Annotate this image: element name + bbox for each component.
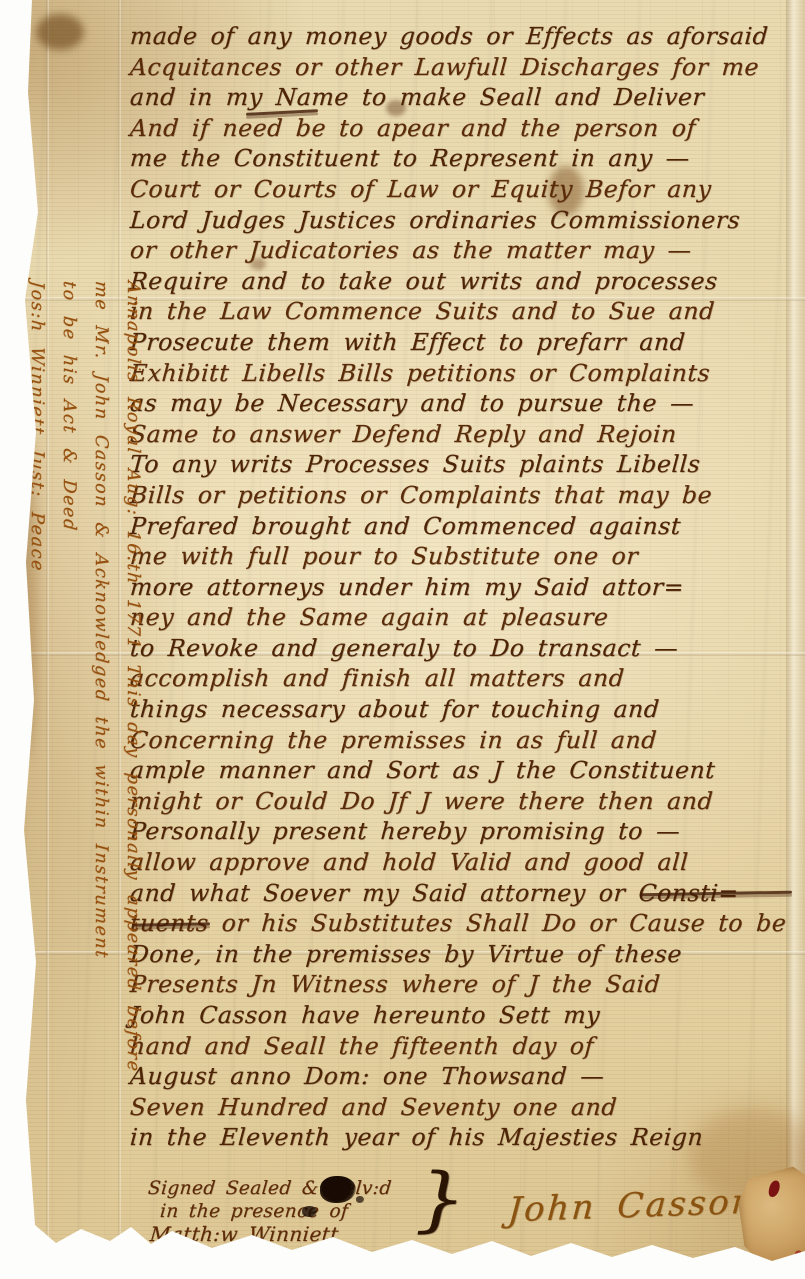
manuscript-line: allow approve and hold Valid and good al… <box>129 847 801 878</box>
margin-note-line: Jos:h Winniett Just: Peace <box>21 280 53 1279</box>
margin-note-line: me Mr. John Casson & Acknowledged the wi… <box>85 280 117 1279</box>
manuscript-line: Bills or petitions or Complaints that ma… <box>129 480 801 511</box>
manuscript-line: accomplish and finish all matters and <box>129 663 801 694</box>
manuscript-line: ample manner and Sort as J the Constitue… <box>129 755 801 786</box>
manuscript-paper: made of any money goods or Effects as af… <box>0 0 805 1279</box>
manuscript-line: Done, in the premisses by Virtue of thes… <box>129 939 801 970</box>
attestation-brace: } <box>415 1164 466 1234</box>
manuscript-line: Presents Jn Witness where of J the Said <box>129 969 801 1000</box>
manuscript-line: me with full pour to Substitute one or <box>129 541 801 572</box>
manuscript-line: as may be Necessary and to pursue the — <box>129 388 801 419</box>
margin-note-line: Annapolis Royal Aug: 16:th 1771 This day… <box>117 280 149 1279</box>
manuscript-line: Concerning the premisses in as full and <box>129 725 801 756</box>
manuscript-line: ney and the Same again at pleasure <box>129 602 801 633</box>
seal-red-wax-dot <box>795 1250 802 1257</box>
manuscript-line: tuents or his Substitutes Shall Do or Ca… <box>129 908 801 939</box>
manuscript-line: in the Law Commence Suits and to Sue and <box>129 296 801 327</box>
manuscript-line: Court or Courts of Law or Equity Befor a… <box>129 174 801 205</box>
margin-note-line: to be his Act & Deed <box>53 280 85 1279</box>
manuscript-line: Personally present hereby promising to — <box>129 816 801 847</box>
manuscript-line: hand and Seall the fifteenth day of <box>129 1031 801 1062</box>
manuscript-line: John Casson have hereunto Sett my <box>129 1000 801 1031</box>
manuscript-line: things necessary about for touching and <box>129 694 801 725</box>
manuscript-line: To any writs Processes Suits plaints Lib… <box>129 449 801 480</box>
attestation-line: Jos:h Winniett <box>147 1246 393 1269</box>
attestation-line: in the presence of <box>147 1200 393 1223</box>
manuscript-line: Same to answer Defend Reply and Rejoin <box>129 419 801 450</box>
manuscript-line: or other Judicatories as the matter may … <box>129 235 801 266</box>
manuscript-line: Lord Judges Justices ordinaries Commissi… <box>129 205 801 236</box>
manuscript-body-text: made of any money goods or Effects as af… <box>130 21 800 1153</box>
manuscript-line: and in my Name to make Seall and Deliver <box>129 82 801 113</box>
seal-red-wax-mark <box>767 1179 781 1198</box>
manuscript-line: in the Eleventh year of his Majesties Re… <box>129 1122 801 1153</box>
ink-blot-icon <box>356 1196 364 1203</box>
manuscript-line: to Revoke and generaly to Do transact — <box>129 633 801 664</box>
manuscript-line: Acquitances or other Lawfull Discharges … <box>129 52 801 83</box>
manuscript-line: And if need be to apear and the person o… <box>129 113 801 144</box>
manuscript-line: Exhibitt Libells Bills petitions or Comp… <box>129 358 801 389</box>
manuscript-line: August anno Dom: one Thowsand — <box>129 1061 801 1092</box>
manuscript-line: me the Constituent to Represent in any — <box>129 143 801 174</box>
manuscript-line: Require and to take out writs and proces… <box>129 266 801 297</box>
ink-stain <box>36 14 84 50</box>
manuscript-line: more attorneys under him my Said attor= <box>129 572 801 603</box>
margin-acknowledgment-note: Annapolis Royal Aug: 16:th 1771 This day… <box>19 281 149 1279</box>
manuscript-line: Prosecute them with Effect to prefarr an… <box>129 327 801 358</box>
manuscript-line: Prefared brought and Commenced against <box>129 511 801 542</box>
manuscript-line: Seven Hundred and Seventy one and <box>129 1092 801 1123</box>
manuscript-line: made of any money goods or Effects as af… <box>129 21 801 52</box>
manuscript-line: might or Could Do Jf J were there then a… <box>129 786 801 817</box>
attestation-line: Matth:w Winniett <box>147 1223 393 1246</box>
